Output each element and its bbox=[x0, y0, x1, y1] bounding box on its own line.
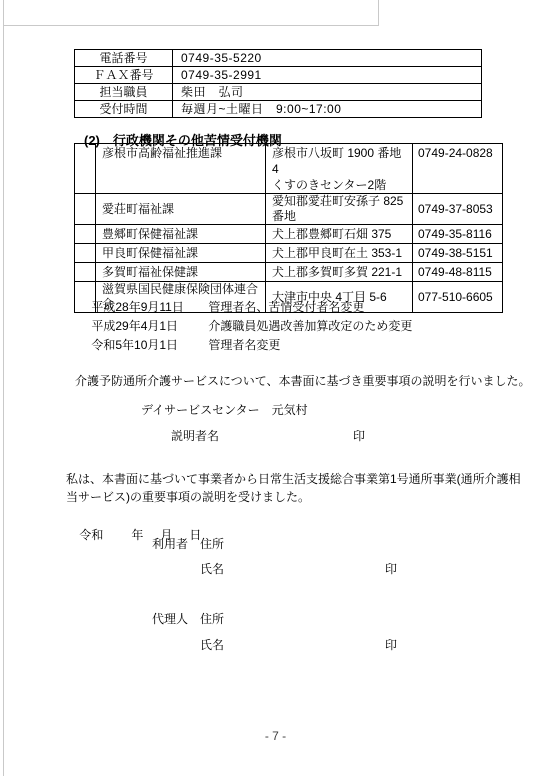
seal-label: 印 bbox=[385, 636, 397, 653]
seal-label: 印 bbox=[353, 427, 365, 444]
agency-phone: 077-510-6605 bbox=[413, 282, 503, 313]
agent-name-label: 氏名 bbox=[200, 636, 224, 653]
seal-label: 印 bbox=[385, 560, 397, 577]
table-row: 彦根市高齢福祉推進課 彦根市八坂町 1900 番地 4 くすのきセンター2階 0… bbox=[75, 144, 503, 194]
agency-name: 多賀町福祉保健課 bbox=[96, 263, 266, 282]
cell-boundary-line-vertical bbox=[378, 0, 379, 26]
row-label-hours: 受付時間 bbox=[75, 101, 173, 118]
agency-phone: 0749-37-8053 bbox=[413, 194, 503, 225]
agency-address: 犬上郡豊郷町石畑 375 bbox=[266, 225, 413, 244]
agency-name: 彦根市高齢福祉推進課 bbox=[96, 144, 266, 194]
agency-name: 甲良町保健福祉課 bbox=[96, 244, 266, 263]
row-value-fax: 0749-35-2991 bbox=[173, 67, 482, 84]
agent-address-label: 住所 bbox=[200, 610, 224, 627]
row-value-staff: 柴田 弘司 bbox=[173, 84, 482, 101]
row-label-staff: 担当職員 bbox=[75, 84, 173, 101]
user-role-label: 利用者 bbox=[152, 535, 188, 552]
table-row: 甲良町保健福祉課 犬上郡甲良町在土 353-1 0749-38-5151 bbox=[75, 244, 503, 263]
blank-cell bbox=[75, 144, 96, 194]
agent-role-label: 代理人 bbox=[152, 610, 188, 627]
user-address-label: 住所 bbox=[200, 535, 224, 552]
agency-address: 犬上郡甲良町在土 353-1 bbox=[266, 244, 413, 263]
row-value-hours: 毎週月~土曜日 9:00~17:00 bbox=[173, 101, 482, 118]
row-label-phone: 電話番号 bbox=[75, 50, 173, 67]
explanation-statement: 介護予防通所介護サービスについて、本書面に基づき重要事項の説明を行いました。 bbox=[75, 372, 531, 389]
provider-name: デイサービスセンター 元気村 bbox=[141, 401, 308, 418]
revision-description: 管理者名変更 bbox=[208, 338, 280, 352]
explainer-name-label: 説明者名 bbox=[171, 427, 219, 444]
page-number: - 7 - bbox=[0, 729, 551, 743]
table-row: 電話番号 0749-35-5220 bbox=[75, 50, 482, 67]
page-edge-line-left bbox=[3, 0, 4, 776]
contact-info-table: 電話番号 0749-35-5220 ＦＡＸ番号 0749-35-2991 担当職… bbox=[74, 49, 482, 118]
table-row: 担当職員 柴田 弘司 bbox=[75, 84, 482, 101]
document-page: 電話番号 0749-35-5220 ＦＡＸ番号 0749-35-2991 担当職… bbox=[0, 0, 551, 776]
table-row: 多賀町福祉保健課 犬上郡多賀町多賀 221-1 0749-48-8115 bbox=[75, 263, 503, 282]
blank-cell bbox=[75, 263, 96, 282]
blank-cell bbox=[75, 225, 96, 244]
agency-name: 豊郷町保健福祉課 bbox=[96, 225, 266, 244]
agency-address: 愛知郡愛荘町安孫子 825 番地 bbox=[266, 194, 413, 225]
row-label-fax: ＦＡＸ番号 bbox=[75, 67, 173, 84]
table-row: 豊郷町保健福祉課 犬上郡豊郷町石畑 375 0749-35-8116 bbox=[75, 225, 503, 244]
row-value-phone: 0749-35-5220 bbox=[173, 50, 482, 67]
era-label: 令和 bbox=[79, 526, 131, 543]
agency-phone: 0749-35-8116 bbox=[413, 225, 503, 244]
table-row: ＦＡＸ番号 0749-35-2991 bbox=[75, 67, 482, 84]
blank-cell bbox=[75, 194, 96, 225]
agency-name: 愛荘町福祉課 bbox=[96, 194, 266, 225]
agency-address: 彦根市八坂町 1900 番地 4 くすのきセンター2階 bbox=[266, 144, 413, 194]
revision-date: 令和5年10月1日 bbox=[91, 336, 208, 353]
agency-phone: 0749-38-5151 bbox=[413, 244, 503, 263]
acknowledgement-statement-line2: 当サービス)の重要事項の説明を受けました。 bbox=[66, 488, 310, 505]
agency-phone: 0749-24-0828 bbox=[413, 144, 503, 194]
table-row: 受付時間 毎週月~土曜日 9:00~17:00 bbox=[75, 101, 482, 118]
agency-phone: 0749-48-8115 bbox=[413, 263, 503, 282]
revision-entry: 令和5年10月1日管理者名変更 bbox=[78, 322, 280, 367]
table-row: 愛荘町福祉課 愛知郡愛荘町安孫子 825 番地 0749-37-8053 bbox=[75, 194, 503, 225]
agency-address: 犬上郡多賀町多賀 221-1 bbox=[266, 263, 413, 282]
user-name-label: 氏名 bbox=[200, 560, 224, 577]
blank-cell bbox=[75, 244, 96, 263]
cell-boundary-line-top bbox=[3, 25, 379, 26]
acknowledgement-statement-line1: 私は、本書面に基づいて事業者から日常生活支援総合事業第1号通所事業(通所介護相 bbox=[66, 470, 521, 487]
